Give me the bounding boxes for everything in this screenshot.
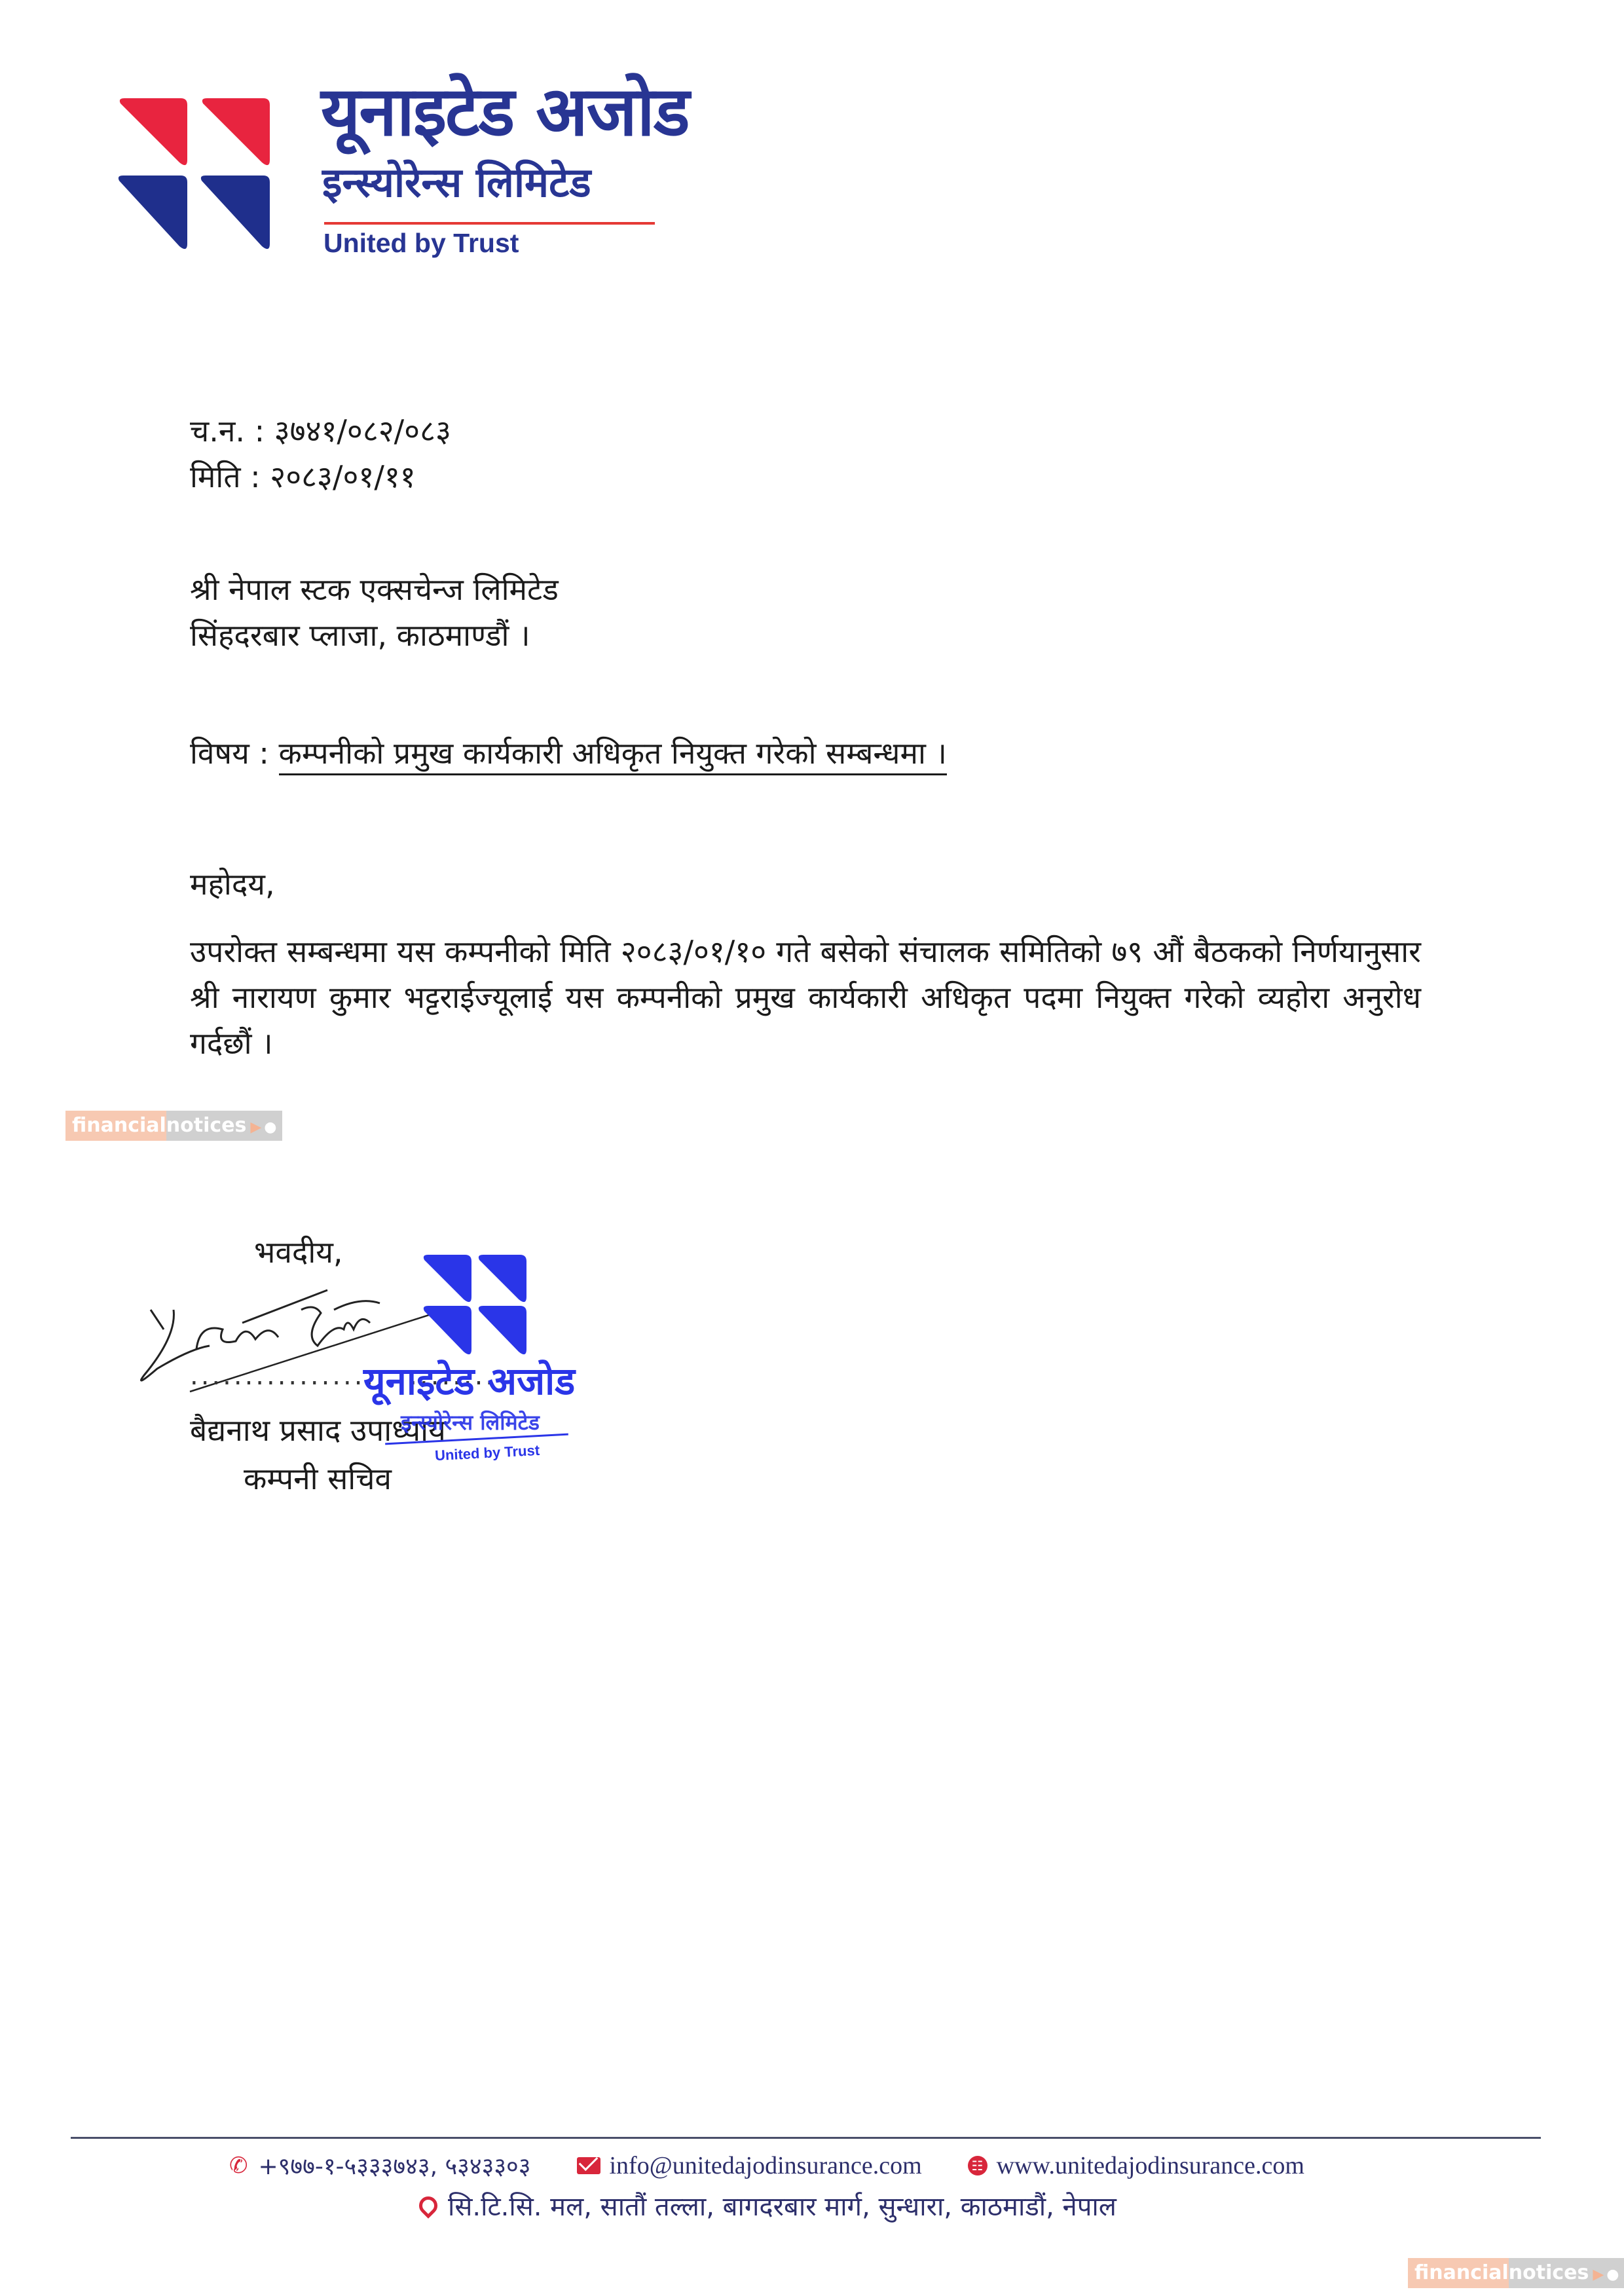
reference-number: च.न. : ३७४१/०८२/०८३	[190, 409, 451, 454]
letter-date: मिति : २०८३/०१/११	[190, 454, 416, 500]
subject-text: कम्पनीको प्रमुख कार्यकारी अधिकृत नियुक्त…	[279, 735, 947, 775]
apple-icon: ●	[1606, 2267, 1619, 2283]
email-link[interactable]: info@unitedajodinsurance.com	[610, 2151, 922, 2180]
footer-address: सि.टि.सि. मल, सातौं तल्ला, बागदरबार मार्…	[419, 2187, 1116, 2223]
brand-divider	[324, 222, 655, 225]
apple-icon: ●	[264, 1119, 276, 1136]
watermark: financial notices▶●	[65, 1111, 282, 1141]
recipient-name: श्री नेपाल स्टक एक्सचेन्ज लिमिटेड	[190, 567, 559, 612]
stamp-company-name: यूनाइटेड अजोड	[363, 1362, 575, 1400]
letter-body: उपरोक्त सम्बन्धमा यस कम्पनीको मिति २०८३/…	[190, 929, 1421, 1066]
watermark: financial notices▶●	[1408, 2258, 1624, 2288]
company-subtitle: इन्स्योरेन्स लिमिटेड	[322, 162, 591, 203]
signer-designation: कम्पनी सचिव	[244, 1456, 392, 1502]
company-logo-icon	[111, 92, 275, 255]
closing: भवदीय,	[254, 1230, 343, 1275]
play-store-icon: ▶	[1593, 2267, 1604, 2283]
stamp-tagline: United by Trust	[434, 1442, 540, 1464]
footer-contacts: ✆ +९७७-१-५३३३७४३, ५३४३३०३ info@unitedajo…	[229, 2149, 1350, 2181]
play-store-icon: ▶	[250, 1119, 261, 1136]
company-tagline: United by Trust	[323, 228, 519, 259]
location-pin-icon	[415, 2193, 441, 2219]
phone-icon: ✆	[229, 2153, 248, 2179]
footer-email[interactable]: info@unitedajodinsurance.com	[577, 2151, 922, 2180]
recipient-address: सिंहदरबार प्लाजा, काठमाण्डौं ।	[190, 613, 530, 658]
subject-line: विषय : कम्पनीको प्रमुख कार्यकारी अधिकृत …	[190, 731, 947, 776]
salutation: महोदय,	[190, 862, 275, 907]
globe-icon: ☷	[968, 2156, 987, 2176]
footer-divider	[71, 2137, 1541, 2139]
stamp-logo-icon	[419, 1251, 530, 1359]
mail-icon	[577, 2157, 600, 2174]
footer-website[interactable]: ☷ www.unitedajodinsurance.com	[968, 2151, 1304, 2180]
footer-phone: ✆ +९७७-१-५३३३७४३, ५३४३३०३	[229, 2149, 531, 2181]
subject-label: विषय :	[190, 735, 279, 771]
stamp-company-subtitle: इन्स्योरेन्स लिमिटेड	[401, 1412, 540, 1433]
company-name: यूनाइटेड अजोड	[321, 77, 689, 145]
website-link[interactable]: www.unitedajodinsurance.com	[997, 2151, 1304, 2180]
